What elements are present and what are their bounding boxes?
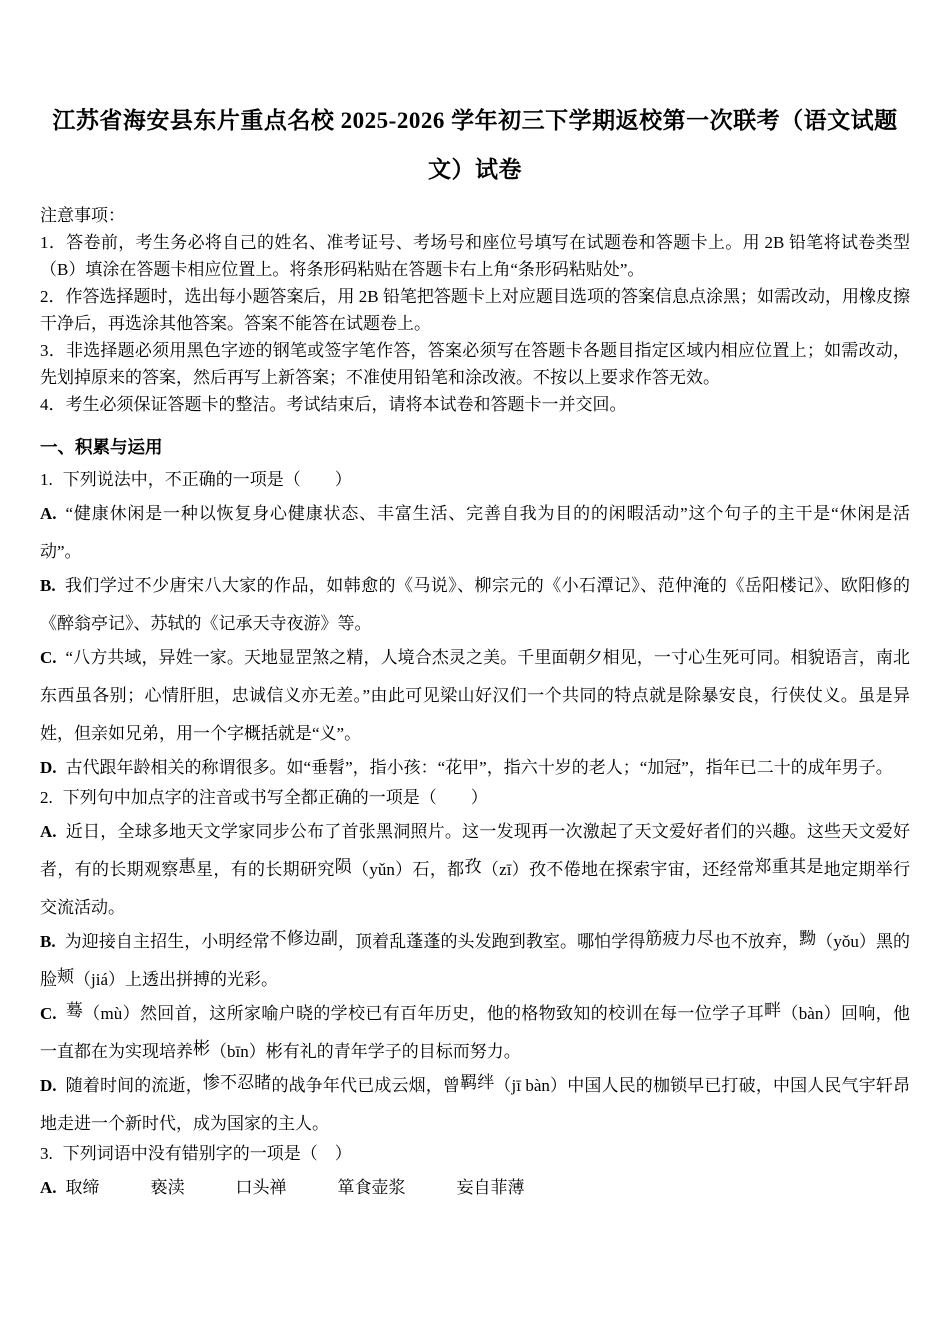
option-label: D. bbox=[40, 1076, 66, 1095]
text-segment: 也不放弃， bbox=[714, 932, 799, 951]
emphasized-text: 羁绊 bbox=[460, 1073, 494, 1092]
text-segment: （bīn）彬有礼的青年学子的目标而努力。 bbox=[210, 1042, 521, 1061]
question-2-option-c: C.蓦（mù）然回首，这所家喻户晓的学校已有百年历史，他的格物致知的校训在每一位… bbox=[40, 995, 910, 1071]
emphasized-text: 颊 bbox=[57, 967, 74, 986]
notice-item-3: 3．非选择题必须用黑色字迹的钢笔或签字笔作答，答案必须写在答题卡各题目指定区域内… bbox=[40, 337, 910, 391]
option-text: 蓦（mù）然回首，这所家喻户晓的学校已有百年历史，他的格物致知的校训在每一位学子… bbox=[40, 1001, 910, 1062]
text-segment: 取缔 亵渎 口头禅 箪食壶浆 妄自菲薄 bbox=[66, 1178, 525, 1197]
text-segment: 古代跟年龄相关的称谓很多。如“垂髫”，指小孩：“花甲”，指六十岁的老人；“加冠”… bbox=[66, 758, 893, 777]
option-text: 我们学过不少唐宋八大家的作品，如韩愈的《马说》、柳宗元的《小石潭记》、范仲淹的《… bbox=[40, 576, 910, 633]
text-segment: （jiá）上透出拼搏的光彩。 bbox=[74, 970, 278, 989]
option-text: 为迎接自主招生，小明经常不修边副，顶着乱蓬蓬的头发跑到教室。哪怕学得筋疲力尽也不… bbox=[40, 929, 910, 990]
question-1-option-c: C.“八方共域，异姓一家。天地显罡煞之精，人境合杰灵之美。千里面朝夕相见，一寸心… bbox=[40, 639, 910, 753]
emphasized-text: 蓦 bbox=[66, 1001, 84, 1020]
option-label: B. bbox=[40, 576, 65, 595]
question-1-option-a: A.“健康休闲是一种以恢复身心健康状态、丰富生活、完善自我为目的的闲暇活动”这个… bbox=[40, 495, 910, 571]
option-label: A. bbox=[40, 504, 66, 523]
question-3-stem: 3.下列词语中没有错别字的一项是（ ） bbox=[40, 1135, 910, 1173]
text-segment: （zī）孜不倦地在探索宇宙，还经常 bbox=[482, 860, 755, 879]
text-segment: 我们学过不少唐宋八大家的作品，如韩愈的《马说》、柳宗元的《小石潭记》、范仲淹的《… bbox=[40, 576, 910, 633]
text-segment: “健康休闲是一种以恢复身心健康状态、丰富生活、完善自我为目的的闲暇活动”这个句子… bbox=[40, 504, 910, 561]
emphasized-text: 郑重其是 bbox=[754, 857, 823, 876]
option-text: 近日，全球多地天文学家同步公布了首张黑洞照片。这一发现再一次激起了天文爱好者们的… bbox=[40, 822, 910, 917]
question-2-option-b: B.为迎接自主招生，小明经常不修边副，顶着乱蓬蓬的头发跑到教室。哪怕学得筋疲力尽… bbox=[40, 923, 910, 999]
text-segment: ，顶着乱蓬蓬的头发跑到教室。哪怕学得 bbox=[338, 932, 645, 951]
option-text: 随着时间的流逝，惨不忍睹的战争年代已成云烟，曾羁绊（jī bàn）中国人民的枷锁… bbox=[40, 1073, 910, 1134]
question-2-option-a: A.近日，全球多地天文学家同步公布了首张黑洞照片。这一发现再一次激起了天文爱好者… bbox=[40, 813, 910, 927]
option-text: “健康休闲是一种以恢复身心健康状态、丰富生活、完善自我为目的的闲暇活动”这个句子… bbox=[40, 504, 910, 561]
emphasized-text: 惨不忍睹 bbox=[203, 1073, 272, 1092]
text-segment: （mù）然回首，这所家喻户晓的学校已有百年历史，他的格物致知的校训在每一位学子耳 bbox=[83, 1004, 764, 1023]
questions-area: 1.下列说法中，不正确的一项是（ ） A.“健康休闲是一种以恢复身心健康状态、丰… bbox=[40, 461, 910, 1207]
emphasized-text: 黝 bbox=[799, 929, 816, 948]
question-1-stem-text: 下列说法中，不正确的一项是（ ） bbox=[63, 470, 352, 489]
option-label: B. bbox=[40, 932, 65, 951]
question-3-number: 3. bbox=[40, 1144, 63, 1163]
option-label: A. bbox=[40, 1178, 66, 1197]
notice-item-2: 2．作答选择题时，选出每小题答案后，用 2B 铅笔把答题卡上对应题目选项的答案信… bbox=[40, 283, 910, 337]
text-segment: 随着时间的流逝， bbox=[66, 1076, 203, 1095]
option-text: 取缔 亵渎 口头禅 箪食壶浆 妄自菲薄 bbox=[66, 1178, 525, 1197]
paper-title: 江苏省海安县东片重点名校 2025-2026 学年初三下学期返校第一次联考（语文… bbox=[40, 96, 910, 194]
notices-heading: 注意事项： bbox=[40, 202, 910, 229]
question-2-option-d: D.随着时间的流逝，惨不忍睹的战争年代已成云烟，曾羁绊（jī bàn）中国人民的… bbox=[40, 1067, 910, 1143]
question-1-number: 1. bbox=[40, 470, 63, 489]
text-segment: 的战争年代已成云烟，曾 bbox=[271, 1076, 460, 1095]
emphasized-text: 惠 bbox=[179, 857, 196, 876]
notice-item-1: 1．答卷前，考生务必将自己的姓名、准考证号、考场号和座位号填写在试题卷和答题卡上… bbox=[40, 229, 910, 283]
question-2-number: 2. bbox=[40, 788, 63, 807]
option-text: 古代跟年龄相关的称谓很多。如“垂髫”，指小孩：“花甲”，指六十岁的老人；“加冠”… bbox=[66, 758, 893, 777]
emphasized-text: 孜 bbox=[465, 857, 482, 876]
option-label: A. bbox=[40, 822, 66, 841]
text-segment: “八方共域，异姓一家。天地显罡煞之精，人境合杰灵之美。千里面朝夕相见，一寸心生死… bbox=[40, 648, 910, 743]
text-segment: （yǔn）石，都 bbox=[352, 860, 465, 879]
paper-title-line-2: 文）试卷 bbox=[40, 145, 910, 194]
emphasized-text: 筋疲力尽 bbox=[645, 929, 713, 948]
emphasized-text: 彬 bbox=[193, 1039, 210, 1058]
emphasized-text: 畔 bbox=[764, 1001, 781, 1020]
option-label: C. bbox=[40, 1004, 66, 1023]
question-1-stem: 1.下列说法中，不正确的一项是（ ） bbox=[40, 461, 910, 499]
question-1-option-b: B.我们学过不少唐宋八大家的作品，如韩愈的《马说》、柳宗元的《小石潭记》、范仲淹… bbox=[40, 567, 910, 643]
section-heading: 一、积累与运用 bbox=[40, 434, 910, 461]
question-3-option-a: A.取缔 亵渎 口头禅 箪食壶浆 妄自菲薄 bbox=[40, 1169, 910, 1207]
notices-section: 注意事项： 1．答卷前，考生务必将自己的姓名、准考证号、考场号和座位号填写在试题… bbox=[40, 202, 910, 418]
document-page: 江苏省海安县东片重点名校 2025-2026 学年初三下学期返校第一次联考（语文… bbox=[0, 0, 950, 1344]
paper-title-line-1: 江苏省海安县东片重点名校 2025-2026 学年初三下学期返校第一次联考（语文… bbox=[40, 96, 910, 145]
question-3-stem-text: 下列词语中没有错别字的一项是（ ） bbox=[63, 1144, 352, 1163]
text-segment: 星，有的长期研究 bbox=[196, 860, 335, 879]
option-label: C. bbox=[40, 648, 66, 667]
text-segment: 为迎接自主招生，小明经常 bbox=[65, 932, 270, 951]
option-label: D. bbox=[40, 758, 66, 777]
question-2-stem-text: 下列句中加点字的注音或书写全都正确的一项是（ ） bbox=[63, 788, 488, 807]
emphasized-text: 不修边副 bbox=[270, 929, 338, 948]
emphasized-text: 陨 bbox=[335, 857, 352, 876]
notice-item-4: 4．考生必须保证答题卡的整洁。考试结束后，请将本试卷和答题卡一并交回。 bbox=[40, 391, 910, 418]
option-text: “八方共域，异姓一家。天地显罡煞之精，人境合杰灵之美。千里面朝夕相见，一寸心生死… bbox=[40, 648, 910, 743]
